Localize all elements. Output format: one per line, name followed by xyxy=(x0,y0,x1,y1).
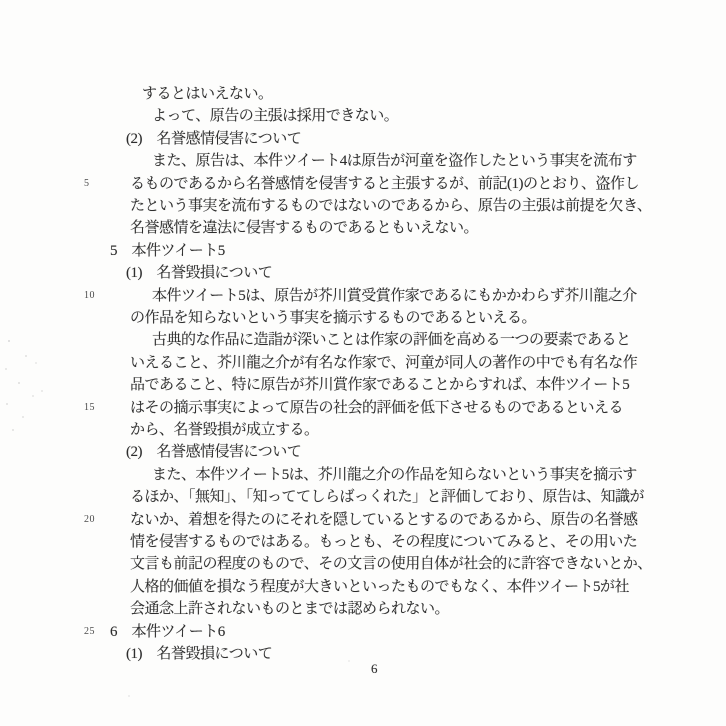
document-line: (1) 名誉毀損について xyxy=(126,262,272,284)
document-line: (1) 名誉毀損について xyxy=(126,643,272,665)
document-line: するとはいえない。 xyxy=(142,83,273,105)
document-line: いえること、芥川龍之介が有名な作家で、河童が同人の著作の中でも有名な作 xyxy=(130,352,637,374)
document-line: の作品を知らないという事実を摘示するものであるといえる。 xyxy=(130,307,536,329)
document-line: 品であること、特に原告が芥川賞作家であることからすれば、本件ツイート5 xyxy=(130,374,629,396)
document-line: るほか、「無知」、「知っててしらばっくれた」と評価しており、原告は、知識が xyxy=(130,486,644,508)
document-line: (2) 名誉感情侵害について xyxy=(126,441,301,463)
document-line: 古典的な作品に造詣が深いことは作家の評価を高める一つの要素であると xyxy=(152,329,631,351)
document-line: 情を侵害するものではある。もっとも、その程度についてみると、その用いた xyxy=(130,531,637,553)
document-lines: するとはいえない。よって、原告の主張は採用できない。(2) 名誉感情侵害について… xyxy=(0,0,726,726)
document-line: よって、原告の主張は採用できない。 xyxy=(152,105,398,127)
document-line: るものであるから名誉感情を侵害すると主張するが、前記(1)のとおり、盗作し xyxy=(130,173,639,195)
document-line: たという事実を流布するものではないのであるから、原告の主張は前提を欠き、 xyxy=(130,195,651,217)
document-line: 会通念上許されないものとまでは認められない。 xyxy=(130,598,449,620)
document-line: 文言も前記の程度のもので、その文言の使用自体が社会的に許容できないとか、 xyxy=(130,553,652,575)
document-line: 6 本件ツイート6 xyxy=(110,621,225,643)
document-line: 人格的価値を損なう程度が大きいといったものでもなく、本件ツイート5が社 xyxy=(130,576,629,598)
document-line: (2) 名誉感情侵害について xyxy=(126,128,301,150)
document-line: 5 本件ツイート5 xyxy=(110,240,225,262)
scanned-page: 510152025 するとはいえない。よって、原告の主張は採用できない。(2) … xyxy=(0,0,726,726)
document-line: 名誉感情を違法に侵害するものであるともいえない。 xyxy=(130,217,478,239)
document-line: また、本件ツイート5は、芥川龍之介の作品を知らないという事実を摘示す xyxy=(152,464,637,486)
page-number: 6 xyxy=(371,661,378,677)
document-line: 本件ツイート5は、原告が芥川賞受賞作家であるにもかかわらず芥川龍之介 xyxy=(152,285,637,307)
document-line: ないか、着想を得たのにそれを隠しているとするのであるから、原告の名誉感 xyxy=(130,509,638,531)
document-line: はその摘示事実によって原告の社会的評価を低下させるものであるといえる xyxy=(130,397,623,419)
document-line: から、名誉毀損が成立する。 xyxy=(130,419,319,441)
document-line: また、原告は、本件ツイート4は原告が河童を盗作したという事実を流布す xyxy=(152,150,637,172)
